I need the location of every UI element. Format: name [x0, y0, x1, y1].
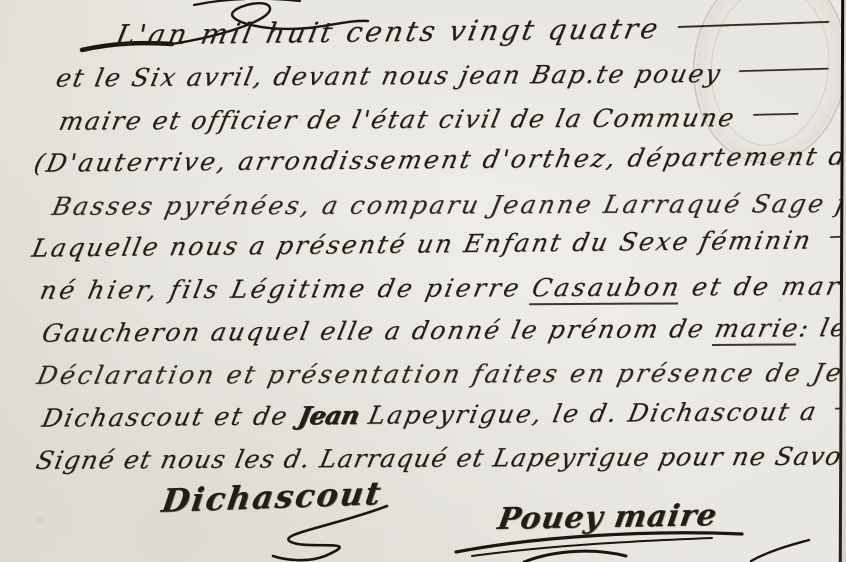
- record-line: L'an mil huit cents vingt quatre——————: [0, 6, 846, 59]
- record-line: et le Six avril, devant nous jean Bap.te…: [0, 52, 846, 100]
- line-text: et de marie: [678, 272, 846, 302]
- overwritten-name: Jean: [296, 400, 362, 430]
- line-text: Gaucheron auquel elle a donné le prénom …: [40, 314, 719, 348]
- record-line: (D'auterrive, arrondissement d'orthez, d…: [0, 136, 846, 186]
- underlined-name: marie: [712, 313, 803, 346]
- scan-edge-strip: [841, 0, 846, 562]
- cut-off-stroke-icon: [520, 547, 630, 562]
- record-line: Laquelle nous a présenté un Enfant du Se…: [0, 219, 846, 270]
- record-text: L'an mil huit cents vingt quatre—————— e…: [0, 16, 846, 482]
- line-text: L'an mil huit cents vingt quatre: [113, 12, 664, 52]
- filler-stroke: ——: [748, 91, 800, 135]
- record-line: né hier, fils Légitime de pierre Casaubo…: [0, 266, 846, 313]
- record-line: Signé et nous les d. Larraqué et Lapeyri…: [0, 435, 846, 482]
- line-text: (D'auterrive, arrondissement d'orthez, d…: [32, 141, 846, 177]
- scanned-register-page: L'an mil huit cents vingt quatre—————— e…: [0, 0, 846, 562]
- filler-stroke: ————: [734, 47, 830, 92]
- record-line: Dichascout et de Jean Lapeyrigue, le d. …: [0, 390, 846, 440]
- line-text: Dichascout et de: [40, 401, 302, 432]
- line-text: né hier, fils Légitime de pierre: [38, 274, 536, 306]
- line-text: maire et officier de l'état civil de la …: [57, 103, 739, 136]
- filler-stroke: ——————: [673, 0, 831, 47]
- line-text: Lapeyrigue, le d. Dichascout a: [356, 396, 821, 429]
- record-line: Gaucheron auquel elle a donné le prénom …: [0, 307, 846, 355]
- line-text: et le Six avril, devant nous jean Bap.te…: [54, 59, 725, 93]
- line-text: Basses pyrénées, a comparu Jeanne Larraq…: [50, 188, 846, 220]
- line-text: Laquelle nous a présenté un Enfant du Se…: [29, 225, 815, 262]
- cut-off-stroke-icon: [745, 537, 815, 562]
- line-text: Déclaration et présentation faites en pr…: [35, 358, 846, 390]
- line-text: : les d.: [797, 312, 846, 342]
- underlined-name: Casaubon: [529, 273, 685, 306]
- record-line: Déclaration et présentation faites en pr…: [0, 352, 846, 397]
- line-text: Signé et nous les d. Larraqué et Lapeyri…: [34, 441, 846, 474]
- signature-flourish-icon: [255, 500, 395, 560]
